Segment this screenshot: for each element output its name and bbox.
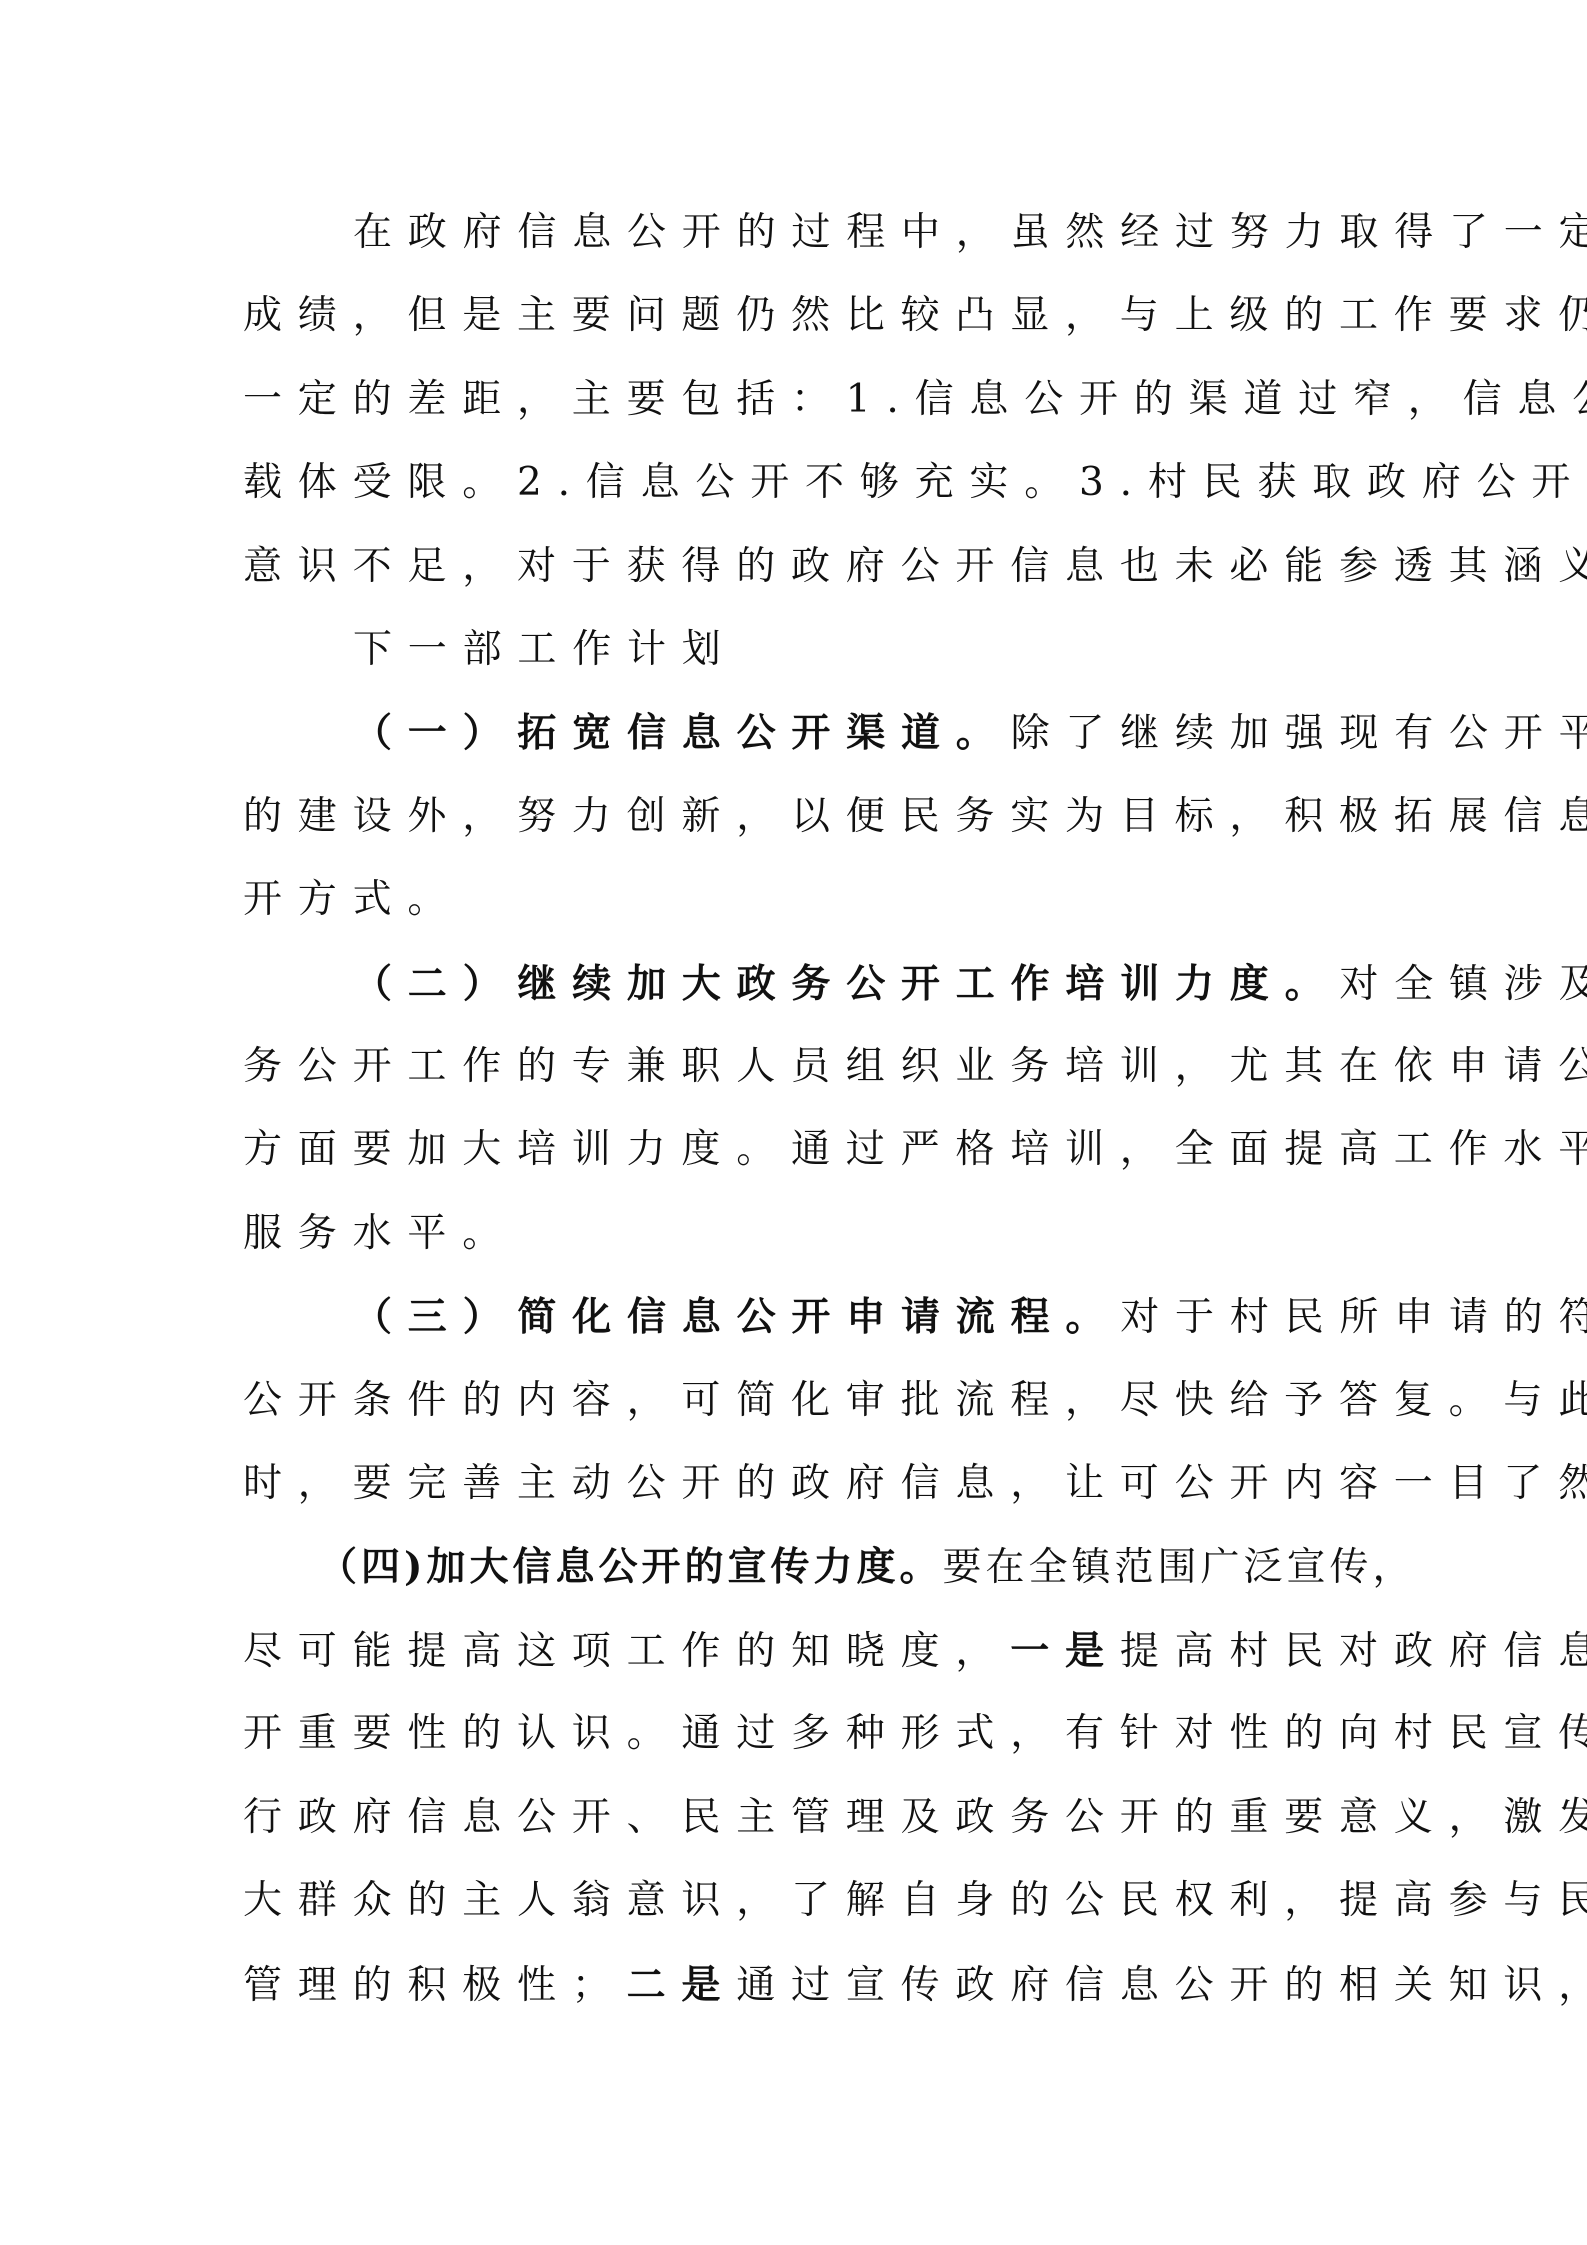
paragraph-line: 行政府信息公开、民主管理及政务公开的重要意义，激发广 [243,1788,1587,1848]
paragraph-line: 时，要完善主动公开的政府信息，让可公开内容一目了然。 [243,1454,1587,1514]
paragraph-line: 服务水平。 [243,1204,517,1264]
document-page: 在政府信息公开的过程中，虽然经过努力取得了一定的 成绩，但是主要问题仍然比较凸显… [0,0,1587,2245]
emphasis-second: 二是 [627,1962,737,2008]
paragraph-line: 开方式。 [243,870,462,930]
paragraph-line: 开重要性的认识。通过多种形式，有针对性的向村民宣传实 [243,1704,1587,1764]
paragraph-line: 的建设外，努力创新，以便民务实为目标，积极拓展信息公 [243,787,1587,847]
item-2-heading: （二）继续加大政务公开工作培训力度。 [353,961,1339,1007]
paragraph-line: 一定的差距，主要包括：1.信息公开的渠道过窄，信息公开 [243,370,1587,430]
item-1-heading: （一）拓宽信息公开渠道。 [353,710,1011,756]
paragraph-line: 载体受限。2.信息公开不够充实。3.村民获取政府公开信息 [243,453,1587,513]
item-4-first-line: （四)加大信息公开的宣传力度。要在全镇范围广泛宣传， [318,1537,1415,1597]
line-text: 尽可能提高这项工作的知晓度， [243,1629,1010,1674]
paragraph-line: 方面要加大培训力度。通过严格培训，全面提高工作水平和 [243,1120,1587,1180]
item-3-heading: （三）简化信息公开申请流程。 [353,1294,1120,1340]
item-3-text: 对于村民所申请的符合 [1120,1295,1587,1340]
line-text: 提高村民对政府信息公 [1120,1629,1587,1674]
line-text: 通过宣传政府信息公开的相关知识，提 [736,1963,1587,2008]
item-1-first-line: （一）拓宽信息公开渠道。除了继续加强现有公开平台 [353,703,1587,763]
item-2-first-line: （二）继续加大政务公开工作培训力度。对全镇涉及政 [353,954,1587,1014]
section-heading: 下一部工作计划 [353,620,737,680]
item-4-second-line: 尽可能提高这项工作的知晓度，一是提高村民对政府信息公 [243,1621,1587,1681]
item-3-first-line: （三）简化信息公开申请流程。对于村民所申请的符合 [353,1287,1587,1347]
item-4-last-line: 管理的积极性；二是通过宣传政府信息公开的相关知识，提 [243,1955,1587,2015]
paragraph-line: 大群众的主人翁意识，了解自身的公民权利，提高参与民主 [243,1871,1587,1931]
paragraph-line: 意识不足，对于获得的政府公开信息也未必能参透其涵义。 [243,537,1587,597]
emphasis-first: 一是 [1010,1628,1120,1674]
paragraph-line: 成绩，但是主要问题仍然比较凸显，与上级的工作要求仍有 [243,286,1587,346]
paragraph-line: 务公开工作的专兼职人员组织业务培训，尤其在依申请公开 [243,1037,1587,1097]
item-2-text: 对全镇涉及政 [1339,962,1587,1007]
item-1-text: 除了继续加强现有公开平台 [1011,711,1587,756]
paragraph-line: 公开条件的内容，可简化审批流程，尽快给予答复。与此同 [243,1371,1587,1431]
item-4-heading: （四)加大信息公开的宣传力度。 [318,1544,942,1590]
line-text: 管理的积极性； [243,1963,627,2008]
item-4-text: 要在全镇范围广泛宣传， [942,1545,1415,1590]
paragraph-line: 在政府信息公开的过程中，虽然经过努力取得了一定的 [353,203,1587,263]
